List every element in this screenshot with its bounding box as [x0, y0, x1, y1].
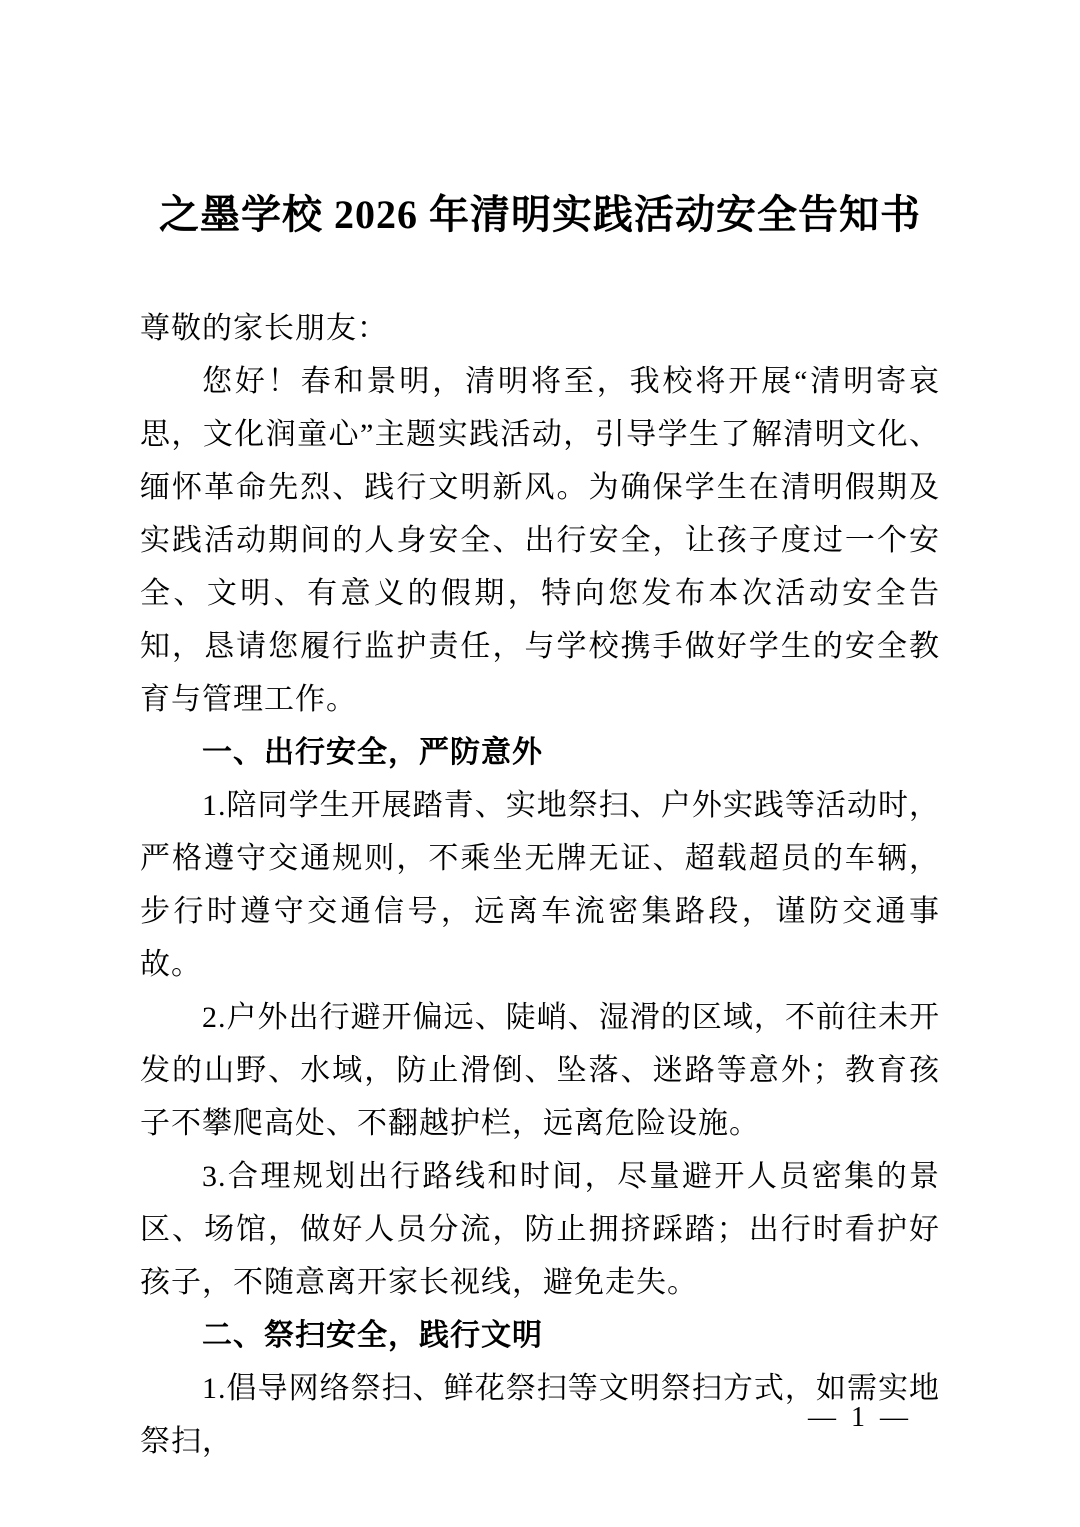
- section1-item-3: 3.合理规划出行路线和时间，尽量避开人员密集的景区、场馆，做好人员分流，防止拥挤…: [140, 1150, 940, 1309]
- page-number: — 1 —: [808, 1398, 912, 1438]
- section1-item-1: 1.陪同学生开展踏青、实地祭扫、户外实践等活动时，严格遵守交通规则，不乘坐无牌无…: [140, 779, 940, 991]
- document-content: 之墨学校 2026 年清明实践活动安全告知书 尊敬的家长朋友： 您好！春和景明，…: [140, 190, 940, 1468]
- document-page: 之墨学校 2026 年清明实践活动安全告知书 尊敬的家长朋友： 您好！春和景明，…: [0, 0, 1080, 1527]
- salutation: 尊敬的家长朋友：: [140, 302, 940, 355]
- section-heading-memorial-safety: 二、祭扫安全，践行文明: [140, 1309, 940, 1362]
- document-title: 之墨学校 2026 年清明实践活动安全告知书: [140, 190, 940, 240]
- intro-paragraph: 您好！春和景明，清明将至，我校将开展“清明寄哀思，文化润童心”主题实践活动，引导…: [140, 355, 940, 726]
- document-body: 尊敬的家长朋友： 您好！春和景明，清明将至，我校将开展“清明寄哀思，文化润童心”…: [140, 302, 940, 1468]
- section-heading-travel-safety: 一、出行安全，严防意外: [140, 726, 940, 779]
- section1-item-2: 2.户外出行避开偏远、陡峭、湿滑的区域，不前往未开发的山野、水域，防止滑倒、坠落…: [140, 991, 940, 1150]
